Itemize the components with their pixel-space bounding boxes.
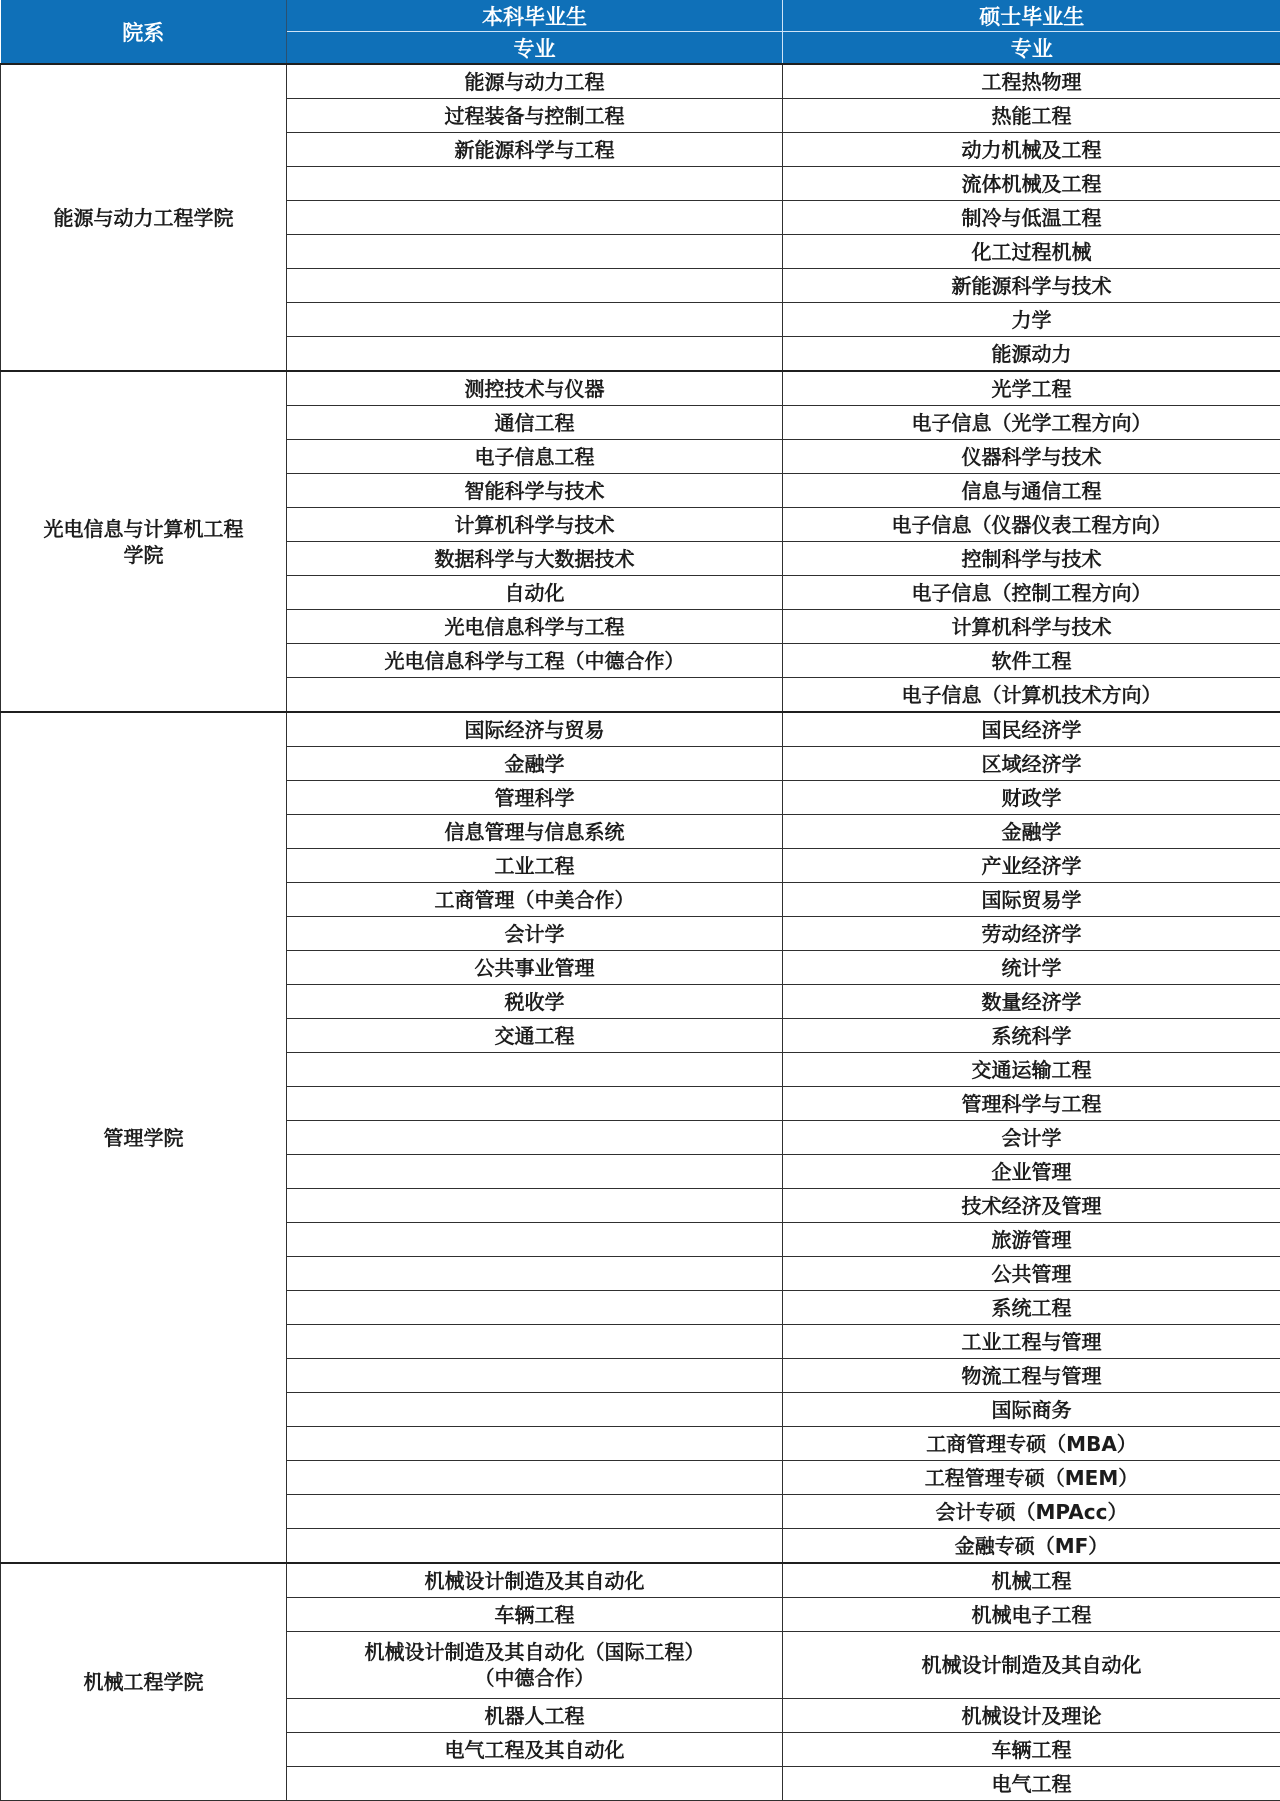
header-undergrad-group: 本科毕业生 bbox=[287, 0, 783, 32]
master-major-cell: 热能工程 bbox=[783, 99, 1280, 133]
master-major-cell: 工商管理专硕（MBA） bbox=[783, 1427, 1280, 1461]
master-major-cell: 力学 bbox=[783, 303, 1280, 337]
master-major-cell: 劳动经济学 bbox=[783, 917, 1280, 951]
department-cell: 光电信息与计算机工程 学院 bbox=[1, 371, 287, 712]
table-row: 光电信息与计算机工程 学院测控技术与仪器光学工程 bbox=[1, 371, 1280, 406]
undergrad-major-cell: 公共事业管理 bbox=[287, 951, 783, 985]
master-major-cell: 能源动力 bbox=[783, 337, 1280, 372]
master-major-cell: 控制科学与技术 bbox=[783, 542, 1280, 576]
undergrad-major-cell: 工商管理（中美合作） bbox=[287, 883, 783, 917]
header-row-groups: 院系 本科毕业生 硕士毕业生 bbox=[1, 0, 1280, 32]
undergrad-major-cell bbox=[287, 303, 783, 337]
undergrad-major-cell bbox=[287, 1189, 783, 1223]
master-major-cell: 系统科学 bbox=[783, 1019, 1280, 1053]
undergrad-major-cell bbox=[287, 201, 783, 235]
undergrad-major-cell: 过程装备与控制工程 bbox=[287, 99, 783, 133]
undergrad-major-cell bbox=[287, 1461, 783, 1495]
master-major-cell: 电气工程 bbox=[783, 1767, 1280, 1801]
undergrad-major-cell bbox=[287, 1053, 783, 1087]
master-major-cell: 新能源科学与技术 bbox=[783, 269, 1280, 303]
master-major-cell: 机械工程 bbox=[783, 1563, 1280, 1598]
undergrad-major-cell bbox=[287, 1529, 783, 1564]
master-major-cell: 流体机械及工程 bbox=[783, 167, 1280, 201]
undergrad-major-cell: 会计学 bbox=[287, 917, 783, 951]
undergrad-major-cell: 通信工程 bbox=[287, 406, 783, 440]
undergrad-major-cell bbox=[287, 337, 783, 372]
undergrad-major-cell: 金融学 bbox=[287, 747, 783, 781]
undergrad-major-cell bbox=[287, 235, 783, 269]
undergrad-major-cell: 交通工程 bbox=[287, 1019, 783, 1053]
master-major-cell: 电子信息（控制工程方向） bbox=[783, 576, 1280, 610]
undergrad-major-cell: 电子信息工程 bbox=[287, 440, 783, 474]
department-cell: 能源与动力工程学院 bbox=[1, 64, 287, 371]
table-header: 院系 本科毕业生 硕士毕业生 专业 专业 bbox=[1, 0, 1280, 64]
master-major-cell: 动力机械及工程 bbox=[783, 133, 1280, 167]
undergrad-major-cell: 管理科学 bbox=[287, 781, 783, 815]
master-major-cell: 统计学 bbox=[783, 951, 1280, 985]
master-major-cell: 电子信息（光学工程方向） bbox=[783, 406, 1280, 440]
undergrad-major-cell: 工业工程 bbox=[287, 849, 783, 883]
master-major-cell: 工程热物理 bbox=[783, 64, 1280, 99]
master-major-cell: 光学工程 bbox=[783, 371, 1280, 406]
table-row: 能源与动力工程学院能源与动力工程工程热物理 bbox=[1, 64, 1280, 99]
master-major-cell: 机械设计及理论 bbox=[783, 1699, 1280, 1733]
undergrad-major-cell: 光电信息科学与工程 bbox=[287, 610, 783, 644]
master-major-cell: 国际商务 bbox=[783, 1393, 1280, 1427]
table-row: 管理学院国际经济与贸易国民经济学 bbox=[1, 712, 1280, 747]
master-major-cell: 管理科学与工程 bbox=[783, 1087, 1280, 1121]
undergrad-major-cell bbox=[287, 167, 783, 201]
graduate-majors-table-page: 院系 本科毕业生 硕士毕业生 专业 专业 能源与动力工程学院能源与动力工程工程热… bbox=[0, 0, 1280, 1801]
undergrad-major-cell: 能源与动力工程 bbox=[287, 64, 783, 99]
master-major-cell: 工业工程与管理 bbox=[783, 1325, 1280, 1359]
master-major-cell: 车辆工程 bbox=[783, 1733, 1280, 1767]
master-major-cell: 企业管理 bbox=[783, 1155, 1280, 1189]
master-major-cell: 会计专硕（MPAcc） bbox=[783, 1495, 1280, 1529]
undergrad-major-cell bbox=[287, 1767, 783, 1801]
master-major-cell: 信息与通信工程 bbox=[783, 474, 1280, 508]
undergrad-major-cell bbox=[287, 1155, 783, 1189]
master-major-cell: 工程管理专硕（MEM） bbox=[783, 1461, 1280, 1495]
undergrad-major-cell bbox=[287, 1121, 783, 1155]
master-major-cell: 软件工程 bbox=[783, 644, 1280, 678]
master-major-cell: 旅游管理 bbox=[783, 1223, 1280, 1257]
master-major-cell: 制冷与低温工程 bbox=[783, 201, 1280, 235]
header-undergrad-major-label: 专业 bbox=[287, 32, 783, 65]
master-major-cell: 国际贸易学 bbox=[783, 883, 1280, 917]
master-major-cell: 区域经济学 bbox=[783, 747, 1280, 781]
header-department: 院系 bbox=[1, 0, 287, 64]
master-major-cell: 公共管理 bbox=[783, 1257, 1280, 1291]
header-master-major-label: 专业 bbox=[783, 32, 1280, 65]
undergrad-major-cell bbox=[287, 1087, 783, 1121]
undergrad-major-cell bbox=[287, 1359, 783, 1393]
master-major-cell: 国民经济学 bbox=[783, 712, 1280, 747]
undergrad-major-cell: 税收学 bbox=[287, 985, 783, 1019]
master-major-cell: 交通运输工程 bbox=[783, 1053, 1280, 1087]
master-major-cell: 机械电子工程 bbox=[783, 1598, 1280, 1632]
master-major-cell: 产业经济学 bbox=[783, 849, 1280, 883]
undergrad-major-cell: 光电信息科学与工程（中德合作） bbox=[287, 644, 783, 678]
undergrad-major-cell: 机械设计制造及其自动化（国际工程） （中德合作） bbox=[287, 1632, 783, 1699]
undergrad-major-cell: 智能科学与技术 bbox=[287, 474, 783, 508]
master-major-cell: 金融专硕（MF） bbox=[783, 1529, 1280, 1564]
master-major-cell: 技术经济及管理 bbox=[783, 1189, 1280, 1223]
undergrad-major-cell: 新能源科学与工程 bbox=[287, 133, 783, 167]
undergrad-major-cell: 国际经济与贸易 bbox=[287, 712, 783, 747]
undergrad-major-cell: 计算机科学与技术 bbox=[287, 508, 783, 542]
undergrad-major-cell bbox=[287, 1325, 783, 1359]
undergrad-major-cell: 机器人工程 bbox=[287, 1699, 783, 1733]
master-major-cell: 物流工程与管理 bbox=[783, 1359, 1280, 1393]
undergrad-major-cell: 车辆工程 bbox=[287, 1598, 783, 1632]
table-row: 机械工程学院机械设计制造及其自动化机械工程 bbox=[1, 1563, 1280, 1598]
undergrad-major-cell bbox=[287, 1427, 783, 1461]
master-major-cell: 化工过程机械 bbox=[783, 235, 1280, 269]
undergrad-major-cell: 机械设计制造及其自动化 bbox=[287, 1563, 783, 1598]
master-major-cell: 计算机科学与技术 bbox=[783, 610, 1280, 644]
undergrad-major-cell: 电气工程及其自动化 bbox=[287, 1733, 783, 1767]
master-major-cell: 数量经济学 bbox=[783, 985, 1280, 1019]
undergrad-major-cell: 信息管理与信息系统 bbox=[287, 815, 783, 849]
undergrad-major-cell bbox=[287, 1257, 783, 1291]
department-cell: 管理学院 bbox=[1, 712, 287, 1563]
table-body: 能源与动力工程学院能源与动力工程工程热物理过程装备与控制工程热能工程新能源科学与… bbox=[1, 64, 1280, 1801]
majors-table: 院系 本科毕业生 硕士毕业生 专业 专业 能源与动力工程学院能源与动力工程工程热… bbox=[0, 0, 1280, 1801]
master-major-cell: 系统工程 bbox=[783, 1291, 1280, 1325]
master-major-cell: 财政学 bbox=[783, 781, 1280, 815]
master-major-cell: 电子信息（仪器仪表工程方向） bbox=[783, 508, 1280, 542]
master-major-cell: 会计学 bbox=[783, 1121, 1280, 1155]
undergrad-major-cell: 自动化 bbox=[287, 576, 783, 610]
master-major-cell: 机械设计制造及其自动化 bbox=[783, 1632, 1280, 1699]
master-major-cell: 电子信息（计算机技术方向） bbox=[783, 678, 1280, 713]
undergrad-major-cell: 测控技术与仪器 bbox=[287, 371, 783, 406]
undergrad-major-cell bbox=[287, 1291, 783, 1325]
undergrad-major-cell bbox=[287, 1495, 783, 1529]
undergrad-major-cell bbox=[287, 1223, 783, 1257]
undergrad-major-cell bbox=[287, 1393, 783, 1427]
undergrad-major-cell: 数据科学与大数据技术 bbox=[287, 542, 783, 576]
undergrad-major-cell bbox=[287, 269, 783, 303]
header-master-group: 硕士毕业生 bbox=[783, 0, 1280, 32]
master-major-cell: 仪器科学与技术 bbox=[783, 440, 1280, 474]
master-major-cell: 金融学 bbox=[783, 815, 1280, 849]
department-cell: 机械工程学院 bbox=[1, 1563, 287, 1801]
undergrad-major-cell bbox=[287, 678, 783, 713]
